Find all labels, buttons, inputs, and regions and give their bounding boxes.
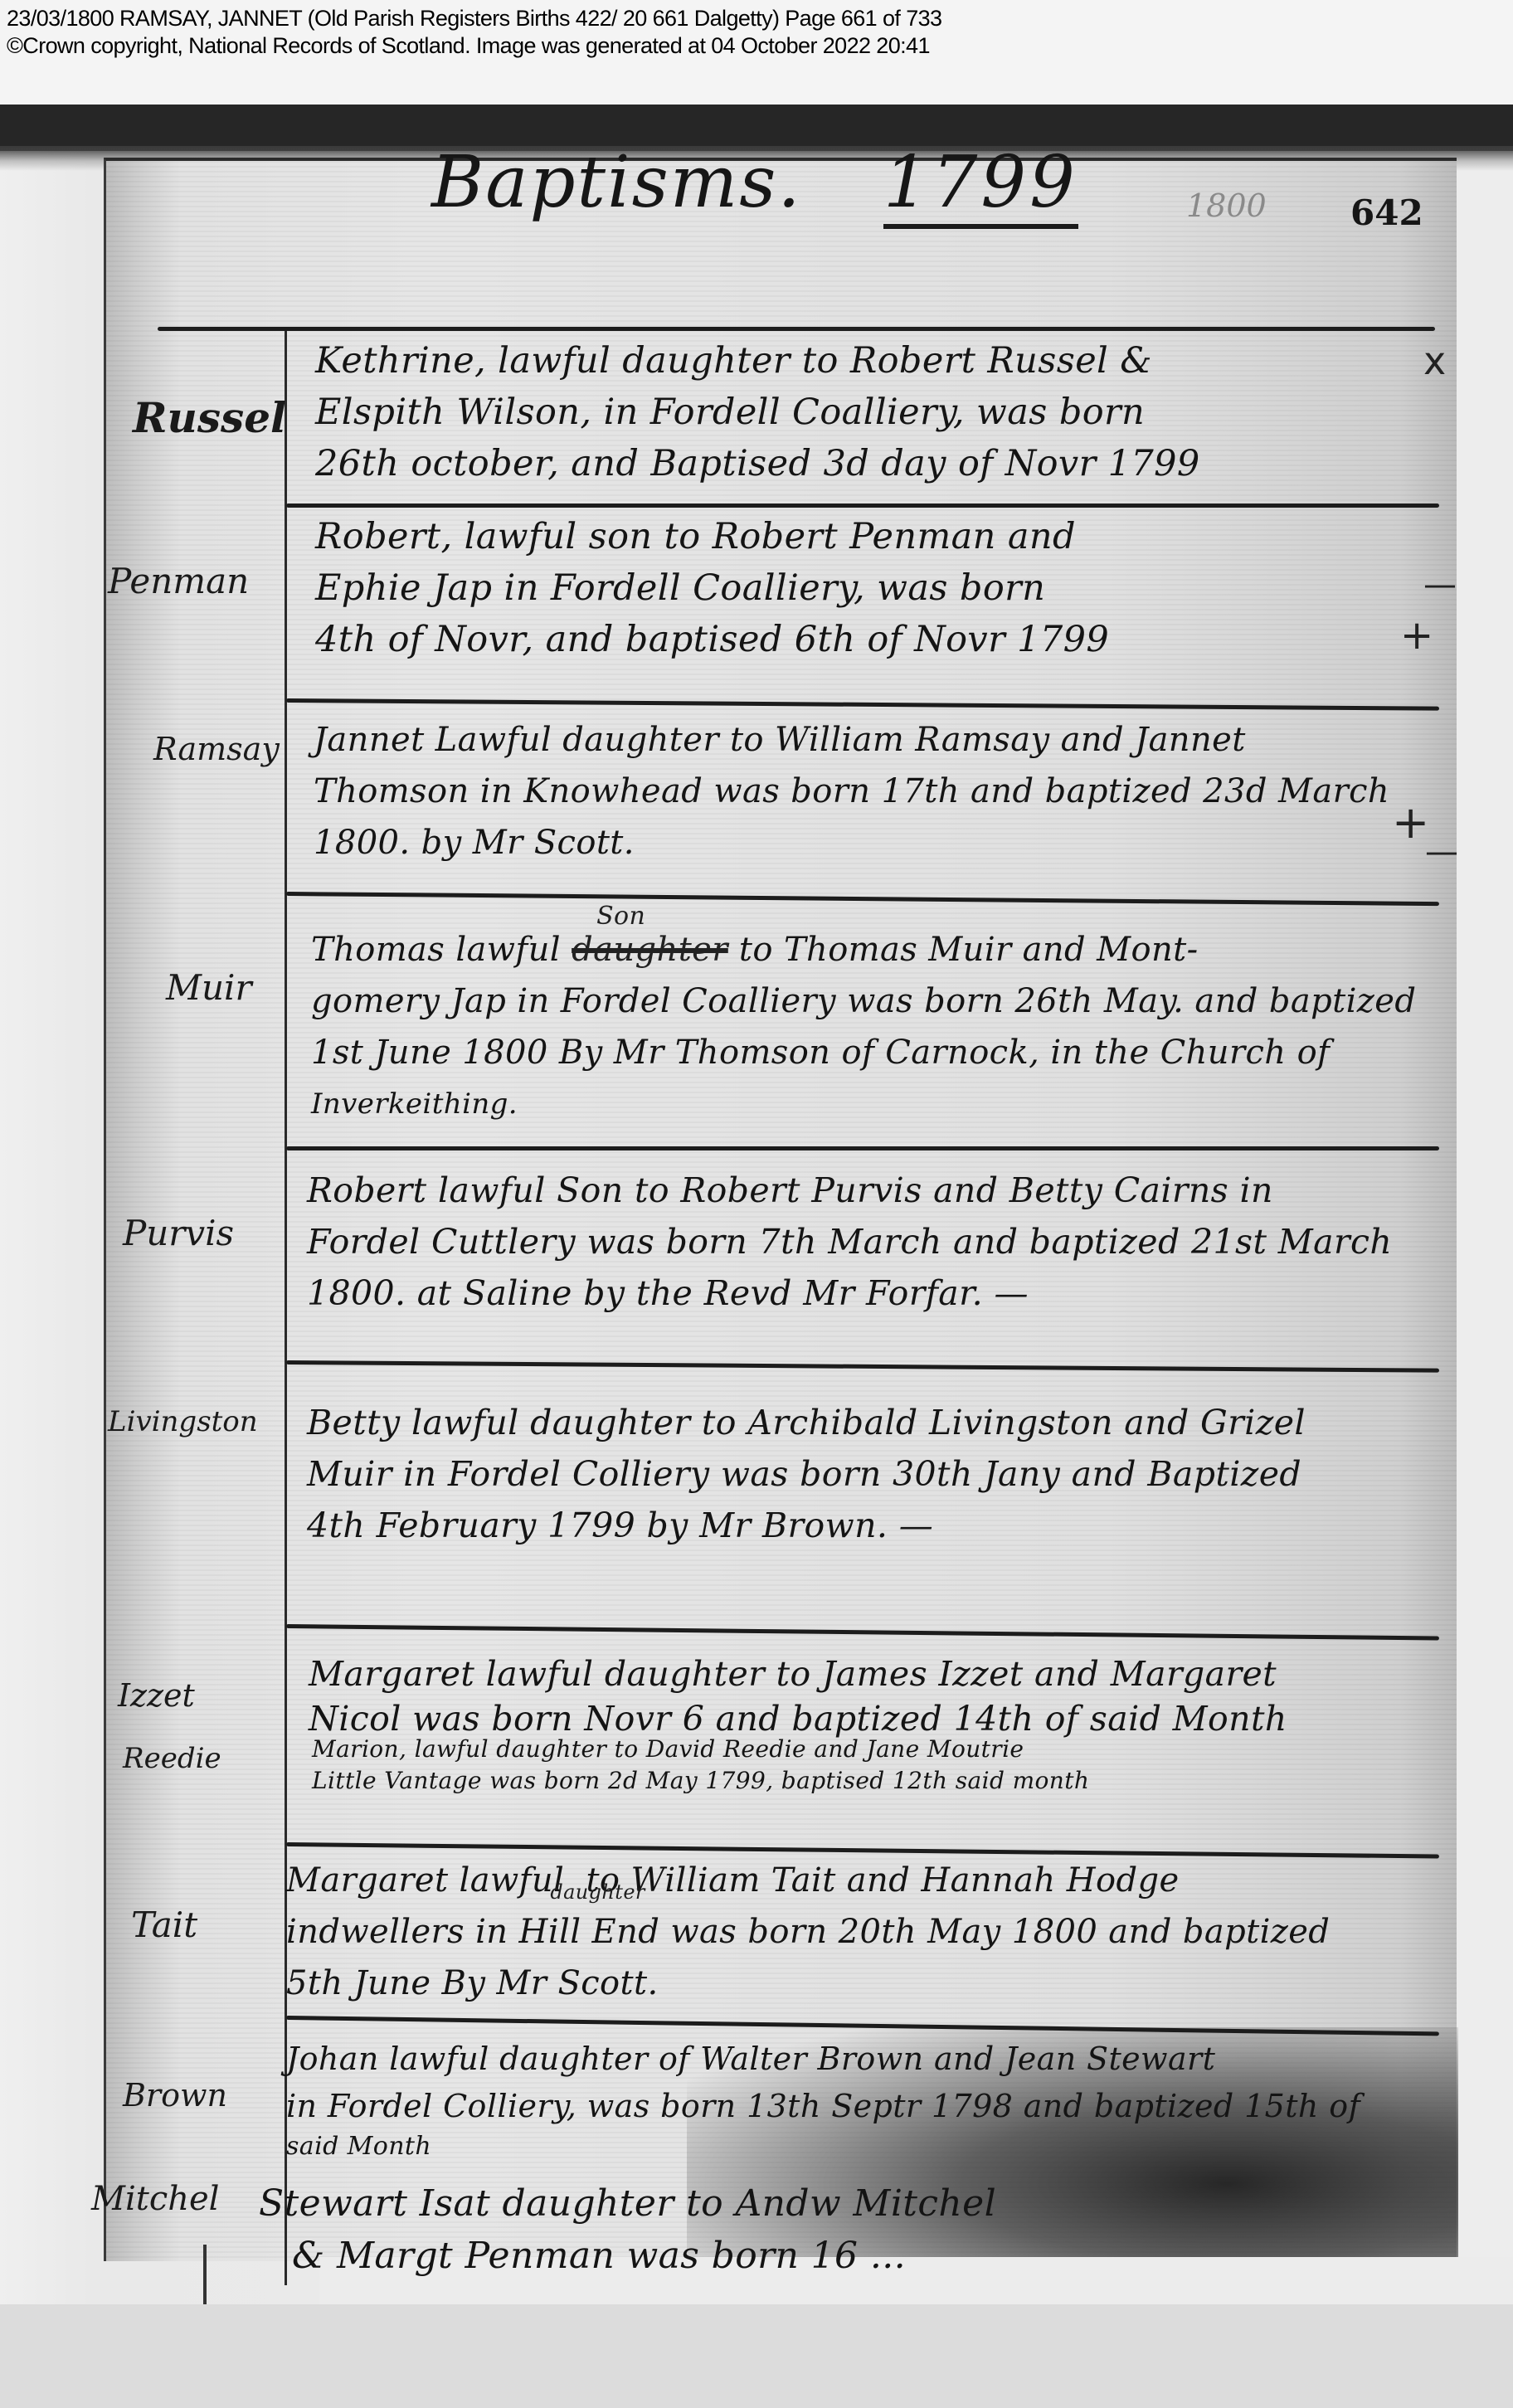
entry-surname: Penman (108, 561, 274, 601)
entry-line: Elspith Wilson, in Fordell Coalliery, wa… (315, 387, 1460, 438)
entry-surname: Tait (131, 1905, 297, 1945)
entry-line: indwellers in Hill End was born 20th May… (286, 1906, 1431, 1958)
entry-surname: Ramsay (153, 731, 319, 767)
entry-line: 5th June By Mr Scott. (286, 1958, 1431, 2009)
entry-surname: Izzet (118, 1677, 284, 1714)
entry-text: Margaret lawful (286, 1861, 564, 1900)
entry-line: Ephie Jap in Fordell Coalliery, was born (315, 562, 1460, 614)
entry-line: gomery Jap in Fordel Coalliery was born … (311, 975, 1456, 1027)
entry-line: Fordel Cuttlery was born 7th March and b… (307, 1216, 1452, 1267)
entry-surname: Mitchel (91, 2180, 257, 2218)
entry-line: Stewart Isat daughter to Andw Mitchel (259, 2177, 1404, 2231)
entry-line: Little Vantage was born 2d May 1799, bap… (312, 1765, 1457, 1797)
entry-surname: Russel (133, 393, 299, 442)
entry-surname: Livingston (108, 1405, 274, 1438)
entry-surname: Brown (123, 2077, 289, 2114)
register-scan: Baptisms. 1799 1800 642 x — + + — Russel… (0, 105, 1513, 2304)
entry-line: Robert lawful Son to Robert Purvis and B… (307, 1165, 1452, 1216)
entry-divider (158, 327, 1435, 331)
record-reference: 23/03/1800 RAMSAY, JANNET (Old Parish Re… (7, 5, 1500, 32)
entry-line: in Fordel Colliery, was born 13th Septr … (286, 2082, 1431, 2130)
entry-text: to Thomas Muir and Mont- (739, 931, 1199, 969)
viewer-bottom-bar (0, 2304, 1513, 2408)
entry-line: Muir in Fordel Colliery was born 30th Ja… (307, 1448, 1452, 1500)
entry-text: to William Tait and Hannah Hodge (586, 1861, 1179, 1900)
copyright-notice: ©Crown copyright, National Records of Sc… (7, 32, 1500, 60)
entry-line: Jannet Lawful daughter to William Ramsay… (314, 714, 1458, 766)
entry-surname: Purvis (123, 1213, 289, 1253)
entry-line: Johan lawful daughter of Walter Brown an… (286, 2036, 1431, 2082)
entry-divider (286, 503, 1439, 508)
register-heading: Baptisms. (431, 141, 802, 224)
entry-line: Thomson in Knowhead was born 17th and ba… (314, 766, 1458, 817)
entry-line: 1800. at Saline by the Revd Mr Forfar. — (307, 1267, 1452, 1319)
entry-line: Margaret lawful daughter to William Tait… (286, 1855, 1431, 1906)
entry-line: Thomas lawful Son daughter to Thomas Mui… (311, 924, 1456, 975)
register-heading-year: 1799 (883, 141, 1078, 229)
entry-line: Robert, lawful son to Robert Penman and (315, 511, 1460, 562)
entry-line: 26th october, and Baptised 3d day of Nov… (315, 438, 1460, 489)
binding-line (203, 2245, 207, 2304)
entry-surname: Reedie (123, 1742, 289, 1775)
entry-line: 4th February 1799 by Mr Brown. — (307, 1500, 1452, 1551)
entry-line: said Month (286, 2130, 1431, 2163)
entry-line: 1st June 1800 By Mr Thomson of Carnock, … (311, 1027, 1456, 1078)
interlinear-insertion: daughter (550, 1866, 645, 1918)
entry-text: Thomas lawful (311, 931, 561, 969)
entry-line: Marion, lawful daughter to David Reedie … (312, 1734, 1457, 1765)
entry-line: 1800. by Mr Scott. (314, 817, 1458, 868)
folio-faint-number: 1800 (1186, 187, 1267, 224)
struck-word: daughter (572, 931, 728, 969)
entry-line: & Margt Penman was born 16 ... (259, 2231, 1404, 2281)
entry-line: 4th of Novr, and baptised 6th of Novr 17… (315, 614, 1460, 665)
folio-number: 642 (1350, 192, 1423, 233)
image-caption: 23/03/1800 RAMSAY, JANNET (Old Parish Re… (7, 5, 1500, 60)
entry-line: Kethrine, lawful daughter to Robert Russ… (315, 335, 1460, 387)
interlinear-correction: Son (596, 891, 645, 942)
entry-line: Margaret lawful daughter to James Izzet … (309, 1651, 1453, 1697)
entry-line: Inverkeithing. (311, 1078, 1456, 1130)
entry-line: Betty lawful daughter to Archibald Livin… (307, 1397, 1452, 1448)
entry-surname: Muir (166, 967, 332, 1008)
entry-divider (286, 1146, 1439, 1150)
